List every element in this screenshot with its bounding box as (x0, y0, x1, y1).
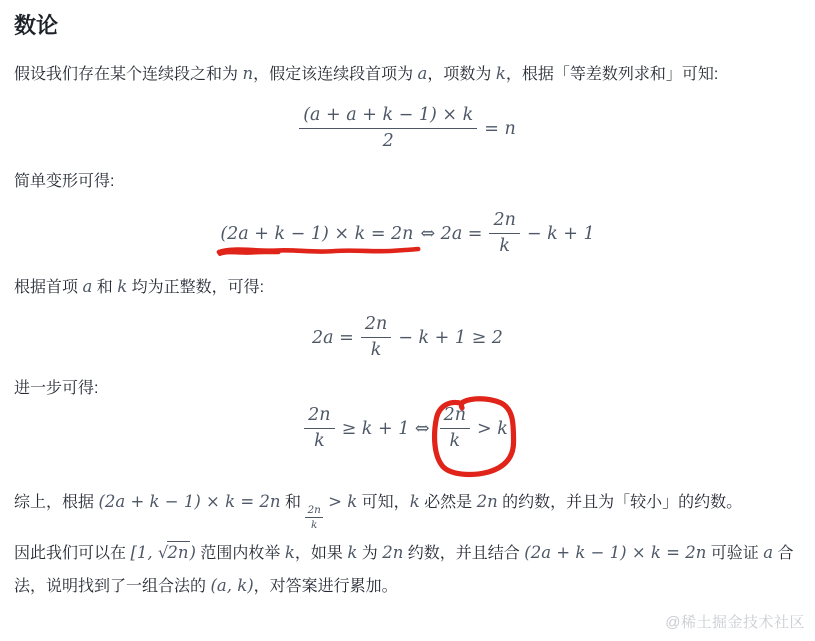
fraction-denominator: k (499, 234, 510, 257)
math-run: = n (484, 119, 516, 139)
text-run: 范围内枚举 (196, 545, 285, 562)
text-run: 必然是 (420, 494, 477, 511)
red-underline-annotation (216, 244, 421, 257)
fraction-numerator: 2n (489, 210, 519, 234)
text-run: ，项数为 (427, 66, 495, 83)
inline-math-n: n (242, 64, 253, 83)
text-run: 和 (92, 279, 117, 296)
inline-math-gt-k: > k (323, 492, 357, 511)
fraction: 2n k (304, 405, 334, 452)
formula-transformed: (2a + k − 1) × k = 2n ⇔ 2a = 2n k − k + … (14, 210, 801, 257)
underlined-expression: (2a + k − 1) × k = 2n (220, 223, 413, 244)
inline-math-k: k (117, 277, 127, 296)
fraction: (a + a + k − 1) × k 2 (299, 105, 477, 152)
text-run: 约数，并且结合 (403, 545, 524, 562)
inline-math-k: k (410, 492, 420, 511)
text-run: 可知， (357, 494, 409, 511)
circled-expression: 2n k > k (437, 405, 511, 452)
text-run: 假设我们存在某个连续段之和为 (14, 66, 242, 83)
inline-math-a: a (763, 543, 773, 562)
sqrt-expression: √2n (158, 543, 190, 562)
fraction-numerator: 2n (304, 405, 334, 429)
fraction-denominator: 2 (383, 129, 394, 152)
formula-inequality-2a: 2a = 2n k − k + 1 ≥ 2 (14, 314, 801, 361)
fraction-numerator: 2n (305, 504, 322, 518)
paragraph-enumeration: 因此我们可以在 [1, √2n) 范围内枚举 k，如果 k 为 2n 约数，并且… (14, 537, 801, 603)
formula-arith-series-sum: (a + a + k − 1) × k 2 = n (14, 105, 801, 152)
fraction-numerator: 2n (361, 314, 391, 338)
inline-math-equation: (2a + k − 1) × k = 2n (524, 543, 706, 562)
math-run: − k + 1 (527, 224, 595, 244)
text-run: 因此我们可以在 (14, 545, 130, 562)
text-run: 为 (357, 545, 382, 562)
inline-math-k: k (347, 543, 357, 562)
text-run: ，根据「等差数列求和」可知: (506, 66, 718, 83)
fraction: 2n k (440, 405, 470, 452)
math-run: (2a + k − 1) × k = 2n (220, 224, 413, 244)
text-run: ，假定该连续段首项为 (253, 66, 417, 83)
math-run: ≥ k + 1 ⇔ (342, 419, 430, 439)
fraction: 2n k (489, 210, 519, 257)
inline-math-range-open: [1, (130, 543, 157, 562)
paragraph-further: 进一步可得: (14, 373, 801, 405)
inline-math-a: a (418, 64, 428, 83)
math-run: − k + 1 ≥ 2 (398, 328, 503, 348)
paragraph-intro: 假设我们存在某个连续段之和为 n，假定该连续段首项为 a，项数为 k，根据「等差… (14, 58, 801, 91)
fraction-denominator: k (311, 518, 317, 531)
page-title: 数论 (14, 12, 801, 40)
fraction-numerator: (a + a + k − 1) × k (299, 105, 477, 129)
text-run: 根据首项 (14, 279, 82, 296)
paragraph-conclusion: 综上，根据 (2a + k − 1) × k = 2n 和 2nk > k 可知… (14, 486, 801, 531)
paragraph-transform: 简单变形可得: (14, 166, 801, 198)
text-run: ，如果 (295, 545, 347, 562)
text-run: ，对答案进行累加。 (254, 578, 398, 595)
inline-math-pair: (a, k) (210, 576, 253, 595)
fraction-denominator: k (371, 338, 382, 361)
text-run: 可验证 (706, 545, 763, 562)
math-run: 2a = (312, 328, 354, 348)
paragraph-positive-integers: 根据首项 a 和 k 均为正整数，可得: (14, 271, 801, 304)
article: 数论 假设我们存在某个连续段之和为 n，假定该连续段首项为 a，项数为 k，根据… (14, 12, 801, 603)
fraction-numerator: 2n (440, 405, 470, 429)
inline-math-k: k (285, 543, 295, 562)
fraction-denominator: k (314, 429, 325, 452)
fraction: 2n k (361, 314, 391, 361)
formula-inequality-k: 2n k ≥ k + 1 ⇔ 2n k > k (14, 405, 801, 452)
inline-math-equation: (2a + k − 1) × k = 2n (98, 492, 280, 511)
text-run: 和 (281, 494, 306, 511)
math-run: > k (477, 419, 508, 439)
fraction-denominator: k (449, 429, 460, 452)
inline-math-2n: 2n (382, 543, 403, 562)
math-run: ⇔ 2a = (420, 224, 482, 244)
text-run: 均为正整数，可得: (127, 279, 264, 296)
inline-math-a: a (82, 277, 92, 296)
inline-math-2n: 2n (477, 492, 498, 511)
inline-math-k: k (496, 64, 506, 83)
inline-fraction: 2nk (305, 504, 322, 531)
text-run: 的约数，并且为「较小」的约数。 (498, 494, 742, 511)
radicand: 2n (167, 541, 189, 562)
text-run: 综上，根据 (14, 494, 98, 511)
watermark: @稀土掘金技术社区 (665, 611, 805, 632)
